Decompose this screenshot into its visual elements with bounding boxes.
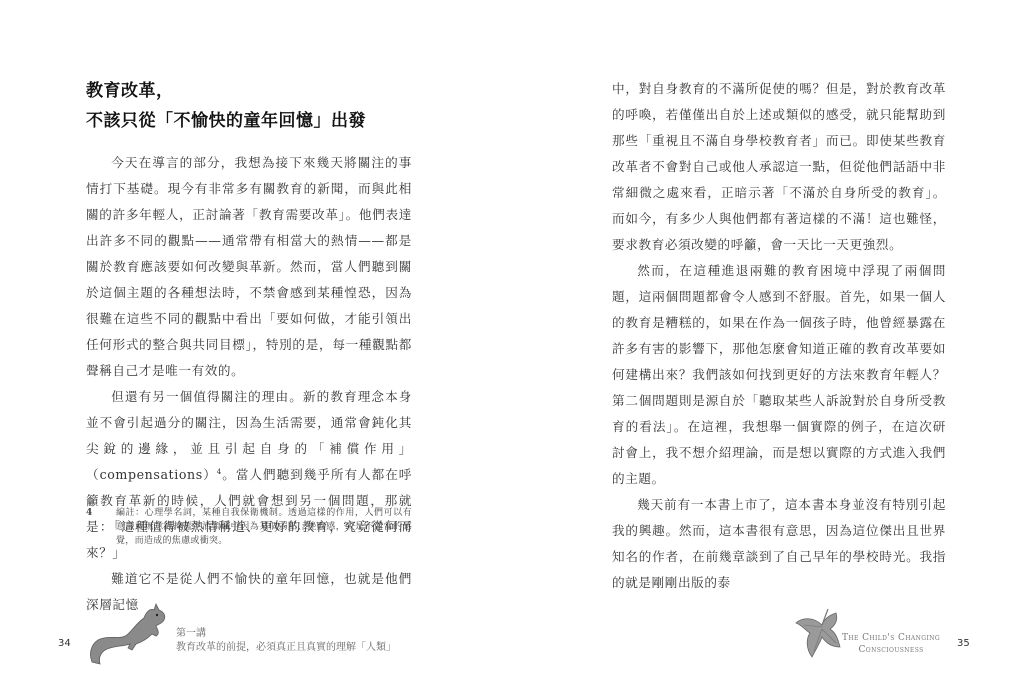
running-footer-left: 第一講 教育改革的前提，必須真正且真實的理解「人類」: [176, 627, 396, 655]
right-page: 中，對自身教育的不滿所促使的嗎？但是，對於教育改革的呼喚，若僅僅出自於上述或類似…: [512, 0, 1024, 693]
paragraph: 中，對自身教育的不滿所促使的嗎？但是，對於教育改革的呼喚，若僅僅出自於上述或類似…: [612, 76, 946, 258]
footnote-number: 4: [86, 506, 116, 548]
title-line-2: 不該只從「不愉快的童年回憶」出發: [86, 106, 426, 136]
right-body-text: 中，對自身教育的不滿所促使的嗎？但是，對於教育改革的呼喚，若僅僅出自於上述或類似…: [612, 76, 946, 596]
paragraph: 幾天前有一本書上市了，這本書本身並沒有特別引起我的興趣。然而，這本書很有意思，因…: [612, 492, 946, 596]
chapter-subtitle: 教育改革的前提，必須真正且真實的理解「人類」: [176, 641, 396, 655]
page-number-left: 34: [58, 638, 71, 649]
section-title: 教育改革， 不該只從「不愉快的童年回憶」出發: [86, 76, 426, 136]
page-number-right: 35: [957, 638, 970, 649]
book-title-line-1: The Child's Changing: [842, 632, 940, 644]
squirrel-icon: [86, 600, 176, 670]
book-title-line-2: Consciousness: [842, 644, 940, 656]
paragraph: 然而，在這種進退兩難的教育困境中浮現了兩個問題，這兩個問題都會令人感到不舒服。首…: [612, 258, 946, 492]
chapter-label: 第一講: [176, 627, 396, 641]
title-line-1: 教育改革，: [86, 76, 426, 106]
running-footer-right: The Child's Changing Consciousness: [842, 632, 940, 656]
paragraph: 今天在導言的部分，我想為接下來幾天將關注的事情打下基礎。現今有非常多有關教育的新…: [86, 150, 412, 384]
footnote: 4 編註：心理學名詞，某種自我保衛機制。透過這樣的作用，人們可以有意識或無意識掩…: [86, 506, 412, 548]
footnote-text: 編註：心理學名詞，某種自我保衛機制。透過這樣的作用，人們可以有意識或無意識掩蓋生…: [116, 506, 412, 548]
left-page: 教育改革， 不該只從「不愉快的童年回憶」出發 今天在導言的部分，我想為接下來幾天…: [0, 0, 512, 693]
